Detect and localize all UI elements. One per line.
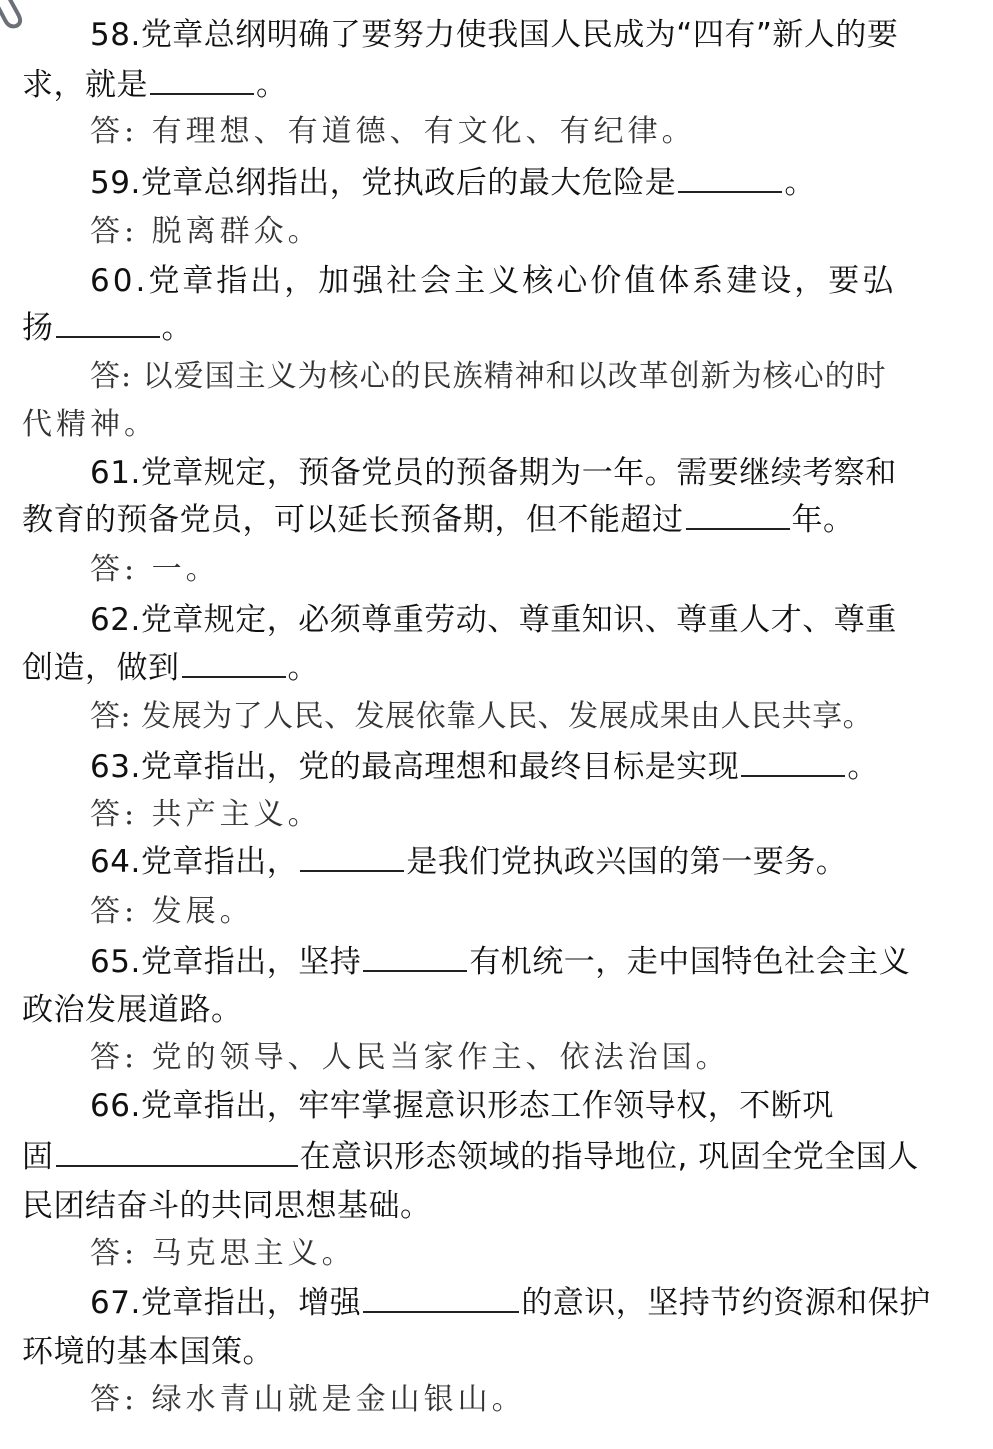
answer-64: 答: 发展。 [90,888,981,936]
answer-61: 答: 一。 [90,546,981,594]
question-number: 58. [90,17,141,53]
question-61-line-2: 教育的预备党员，可以延长预备期，但不能超过年。 [22,496,981,544]
question-text: 。 [256,67,288,103]
answer-text: 绿水青山就是金山银山。 [152,1382,526,1417]
answer-text: 一。 [152,552,220,587]
question-number: 60. [90,263,148,299]
answer-blank [686,498,790,530]
answer-58: 答: 有理想、有道德、有文化、有纪律。 [90,108,981,156]
question-number: 62. [90,602,141,638]
question-61-line-1: 61.党章规定，预备党员的预备期为一年。需要继续考察和 [90,449,981,497]
question-60-line-1: 60.党章指出，加强社会主义核心价值体系建设，要弘 [90,257,981,305]
answer-62: 答: 发展为了人民、发展依靠人民、发展成果由人民共享。 [90,693,981,741]
answer-text: 共产主义。 [152,797,322,832]
answer-text: 发展为了人民、发展依靠人民、发展成果由人民共享。 [141,699,873,734]
answer-blank [182,646,286,678]
question-text: 党章指出，牢牢掌握意识形态工作领导权，不断巩 [141,1088,834,1124]
question-65-line-2: 政治发展道路。 [22,986,981,1034]
question-66-line-2: 固在意识形态领域的指导地位, 巩固全党全国人 [22,1133,981,1181]
question-67-line-2: 环境的基本国策。 [22,1328,981,1376]
question-number: 67. [90,1285,141,1321]
question-text: 扬 [22,310,54,346]
question-text: 。 [847,749,879,785]
answer-blank [56,1135,298,1167]
answer-blank [150,63,254,95]
answer-text: 马克思主义。 [152,1236,356,1271]
question-text: 党章总纲明确了要努力使我国人民成为“四有”新人的要 [141,17,899,53]
answer-text: 以爱国主义为核心的民族精神和以改革创新为核心的时 [143,359,887,394]
question-66-line-1: 66.党章指出，牢牢掌握意识形态工作领导权，不断巩 [90,1082,981,1130]
question-text: 是我们党执政兴国的第一要务。 [406,844,847,880]
question-text: 固 [22,1139,54,1175]
answer-text: 党的领导、人民当家作主、依法治国。 [152,1040,730,1075]
answer-label: 答: [90,797,138,832]
answer-label: 答: [90,552,138,587]
answer-text: 发展。 [152,894,254,929]
question-text: 党章指出，加强社会主义核心价值体系建设，要弘 [148,263,896,299]
question-58-line-2: 求，就是。 [22,61,981,109]
answer-label: 答: [90,699,131,734]
question-60-line-2: 扬。 [22,304,981,352]
question-67-line-1: 67.党章指出，增强的意识，坚持节约资源和保护 [90,1279,981,1327]
question-text: 。 [288,650,320,686]
answer-blank [56,306,160,338]
question-text: 的意识，坚持节约资源和保护 [521,1285,931,1321]
question-text: 教育的预备党员，可以延长预备期，但不能超过 [22,502,684,538]
answer-blank [678,161,782,193]
question-number: 61. [90,455,141,491]
answer-blank [363,940,467,972]
answer-63: 答: 共产主义。 [90,791,981,839]
question-62-line-1: 62.党章规定，必须尊重劳动、尊重知识、尊重人才、尊重 [90,596,981,644]
question-66-line-3: 民团结奋斗的共同思想基础。 [22,1182,981,1230]
question-text: 党章规定，必须尊重劳动、尊重知识、尊重人才、尊重 [141,602,897,638]
answer-60-line-2: 代精神。 [22,401,981,449]
answer-text: 代精神。 [22,407,158,442]
question-59-line-1: 59.党章总纲指出，党执政后的最大危险是。 [90,159,981,207]
answer-60-line-1: 答: 以爱国主义为核心的民族精神和以改革创新为核心的时 [90,353,981,401]
question-65-line-1: 65.党章指出，坚持有机统一，走中国特色社会主义 [90,938,981,986]
question-number: 63. [90,749,141,785]
answer-67: 答: 绿水青山就是金山银山。 [90,1376,981,1424]
question-text: 有机统一，走中国特色社会主义 [469,944,910,980]
question-number: 64. [90,844,141,880]
answer-blank [363,1281,519,1313]
question-number: 59. [90,165,141,201]
question-text: 环境的基本国策。 [22,1334,274,1370]
question-text: 求，就是 [22,67,148,103]
question-text: 创造，做到 [22,650,180,686]
paper-clip-icon [0,0,50,30]
question-text: 党章指出，增强 [141,1285,362,1321]
answer-label: 答: [90,359,132,394]
question-text: 年。 [792,502,855,538]
question-text: 民团结奋斗的共同思想基础。 [22,1188,432,1224]
answer-label: 答: [90,114,138,149]
answer-66: 答: 马克思主义。 [90,1230,981,1278]
answer-label: 答: [90,1382,138,1417]
answer-blank [741,745,845,777]
answer-text: 脱离群众。 [152,214,322,249]
question-text: 党章总纲指出，党执政后的最大危险是 [141,165,677,201]
question-text: 。 [784,165,816,201]
answer-label: 答: [90,1236,138,1271]
question-text: 党章规定，预备党员的预备期为一年。需要继续考察和 [141,455,897,491]
answer-label: 答: [90,1040,138,1075]
answer-blank [300,840,404,872]
document-page: 58.党章总纲明确了要努力使我国人民成为“四有”新人的要 求，就是。 答: 有理… [0,0,993,1449]
answer-65: 答: 党的领导、人民当家作主、依法治国。 [90,1034,981,1082]
question-text: 党章指出，坚持 [141,944,362,980]
question-58-line-1: 58.党章总纲明确了要努力使我国人民成为“四有”新人的要 [90,11,981,59]
question-text: 。 [162,310,194,346]
question-number: 65. [90,944,141,980]
answer-text: 有理想、有道德、有文化、有纪律。 [152,114,696,149]
question-number: 66. [90,1088,141,1124]
question-text: 在意识形态领域的指导地位, 巩固全党全国人 [300,1139,919,1175]
answer-label: 答: [90,894,138,929]
question-text: 党章指出， [141,844,299,880]
answer-label: 答: [90,214,138,249]
question-text: 党章指出，党的最高理想和最终目标是实现 [141,749,740,785]
question-64-line-1: 64.党章指出，是我们党执政兴国的第一要务。 [90,838,981,886]
question-63-line-1: 63.党章指出，党的最高理想和最终目标是实现。 [90,743,981,791]
question-62-line-2: 创造，做到。 [22,644,981,692]
answer-59: 答: 脱离群众。 [90,208,981,256]
question-text: 政治发展道路。 [22,992,243,1028]
